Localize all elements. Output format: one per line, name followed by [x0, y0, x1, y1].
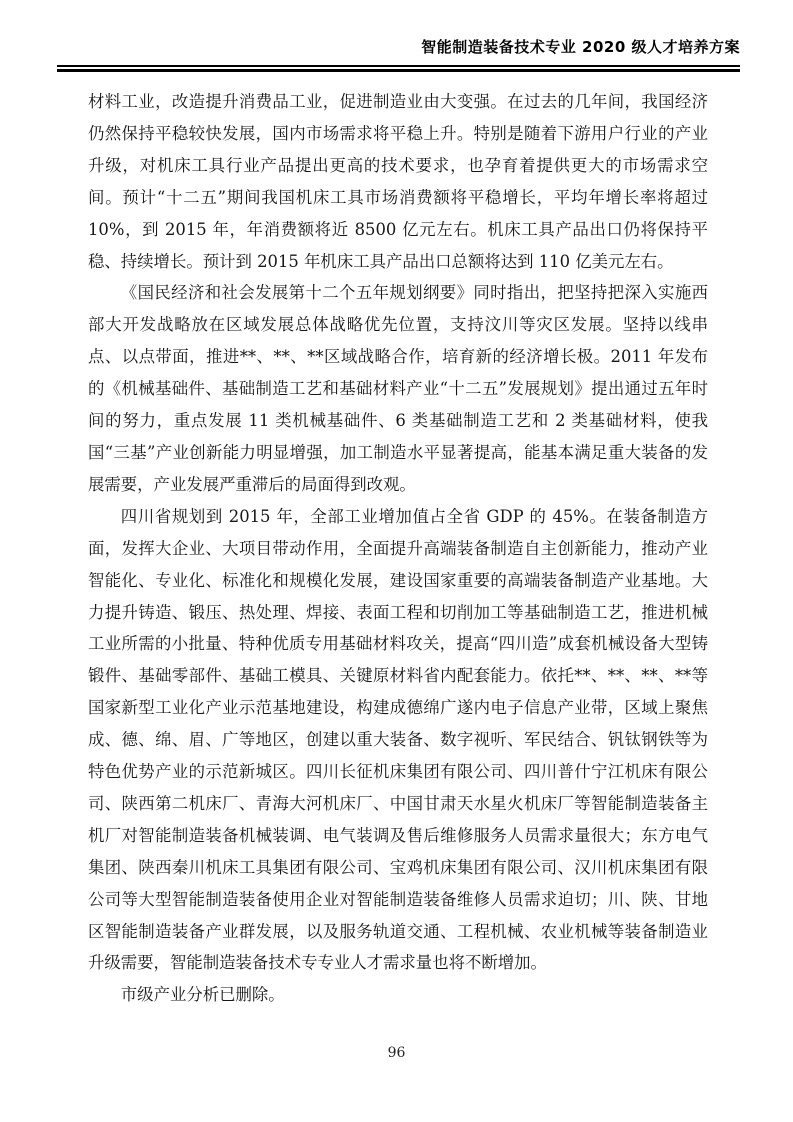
page-number: 96 [388, 1045, 406, 1061]
header-divider [57, 65, 740, 72]
paragraph-city-analysis-removed: 市级产业分析已删除。 [88, 979, 708, 1011]
document-body: 材料工业，改造提升消费品工业，促进制造业由大变强。在过去的几年间，我国经济仍然保… [88, 86, 708, 1011]
paragraph-five-year-plan: 《国民经济和社会发展第十二个五年规划纲要》同时指出，把坚持把深入实施西部大开发战… [88, 277, 708, 500]
paragraph-machine-tool-market: 材料工业，改造提升消费品工业，促进制造业由大变强。在过去的几年间，我国经济仍然保… [88, 86, 708, 277]
header-divider-thick-line [57, 69, 740, 72]
page-header: 智能制造装备技术专业 2020 级人才培养方案 [57, 36, 740, 72]
paragraph-sichuan-industry: 四川省规划到 2015 年，全部工业增加值占全省 GDP 的 45%。在装备制造… [88, 501, 708, 980]
document-page: 智能制造装备技术专业 2020 级人才培养方案 材料工业，改造提升消费品工业，促… [0, 0, 793, 1122]
page-footer: 96 [0, 1042, 793, 1061]
header-title: 智能制造装备技术专业 2020 级人才培养方案 [57, 36, 740, 58]
